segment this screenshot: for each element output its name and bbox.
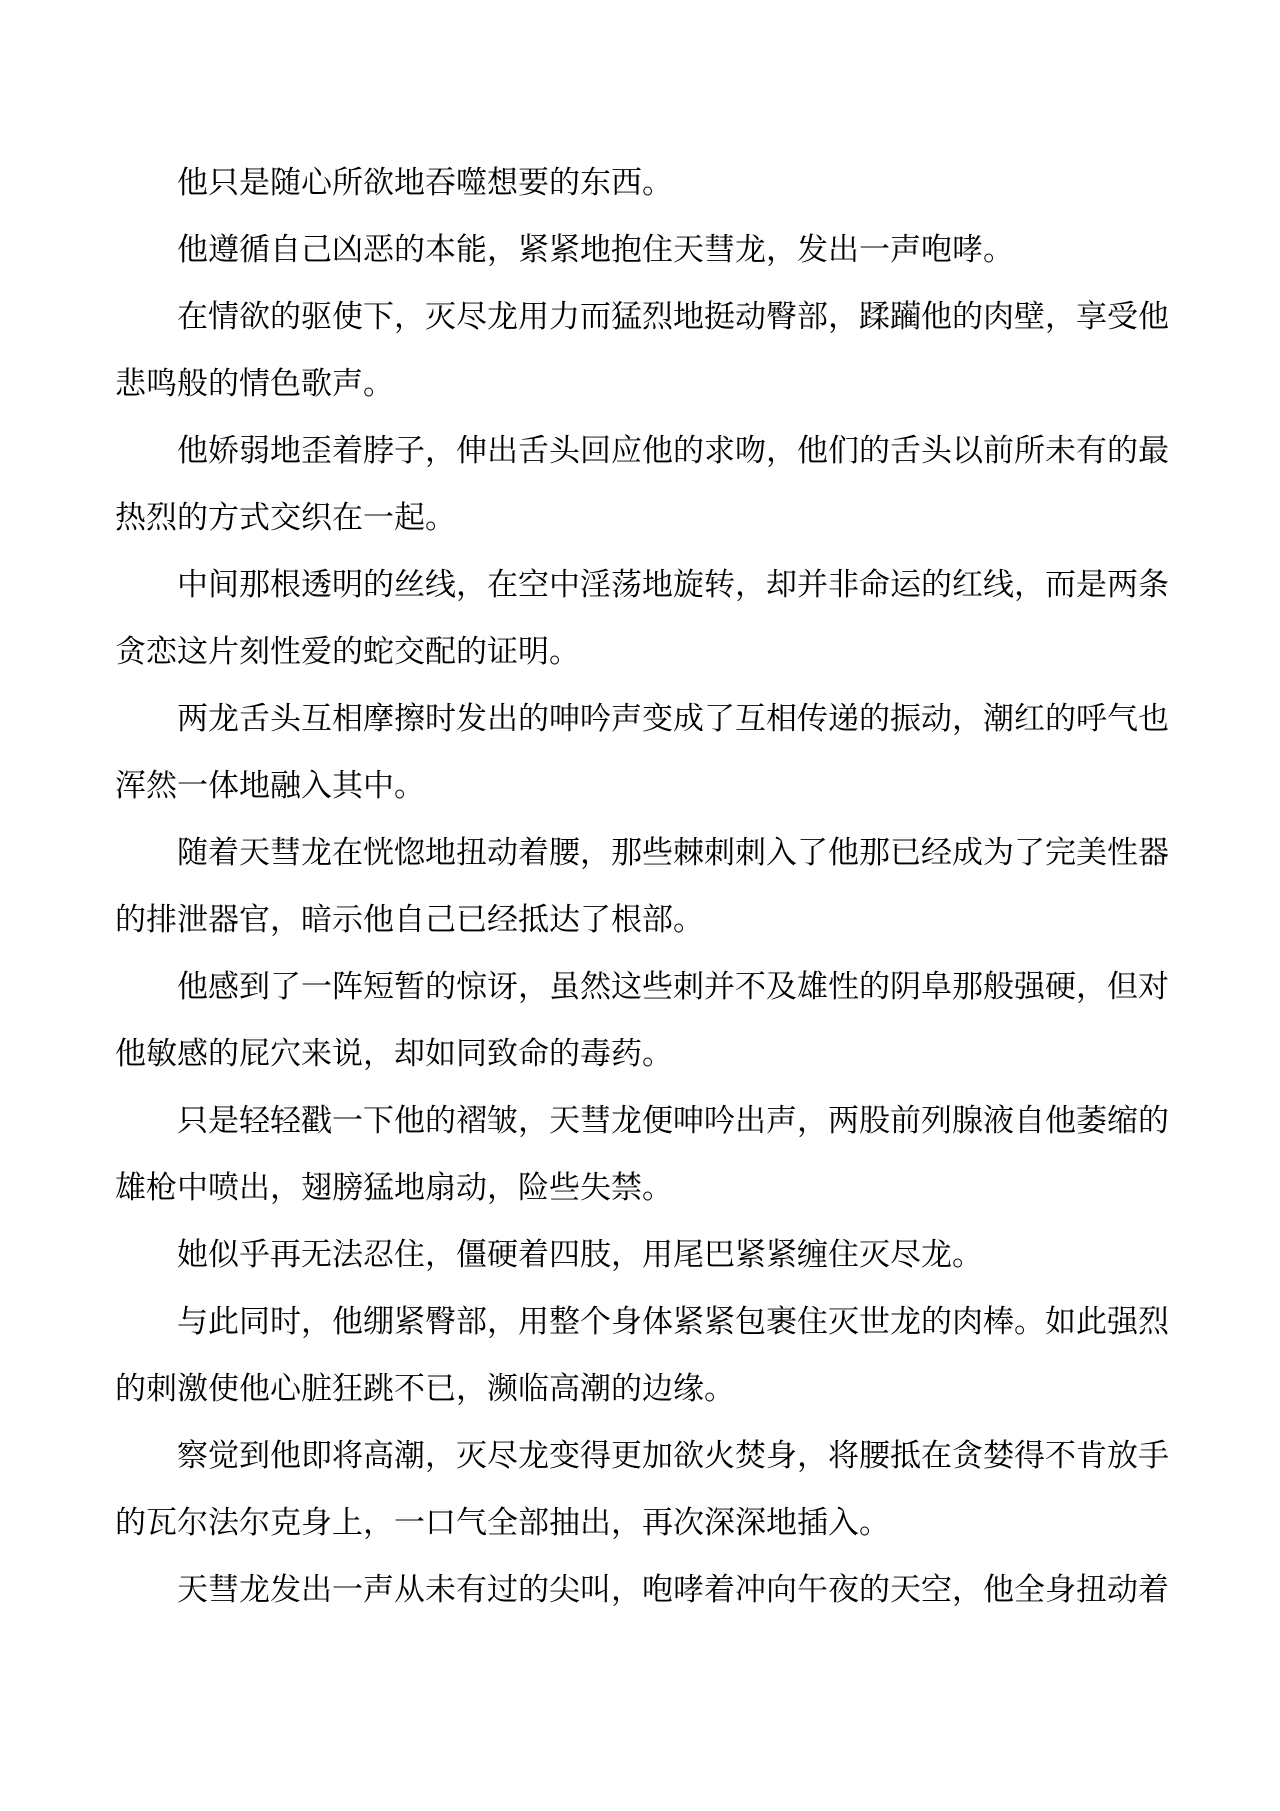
text-block: 他只是随心所欲地吞噬想要的东西。 他遵循自己凶恶的本能，紧紧地抱住天彗龙，发出一… (115, 149, 1169, 1623)
paragraph: 随着天彗龙在恍惚地扭动着腰，那些棘刺刺入了他那已经成为了完美性器的排泄器官，暗示… (115, 819, 1169, 953)
document-page: 他只是随心所欲地吞噬想要的东西。 他遵循自己凶恶的本能，紧紧地抱住天彗龙，发出一… (0, 0, 1280, 1811)
paragraph: 他只是随心所欲地吞噬想要的东西。 (115, 149, 1169, 216)
paragraph: 与此同时，他绷紧臀部，用整个身体紧紧包裹住灭世龙的肉棒。如此强烈的刺激使他心脏狂… (115, 1288, 1169, 1422)
paragraph: 他遵循自己凶恶的本能，紧紧地抱住天彗龙，发出一声咆哮。 (115, 216, 1169, 283)
paragraph: 察觉到他即将高潮，灭尽龙变得更加欲火焚身，将腰抵在贪婪得不肯放手的瓦尔法尔克身上… (115, 1422, 1169, 1556)
paragraph: 他感到了一阵短暂的惊讶，虽然这些刺并不及雄性的阴阜那般强硬，但对他敏感的屁穴来说… (115, 953, 1169, 1087)
paragraph: 天彗龙发出一声从未有过的尖叫，咆哮着冲向午夜的天空，他全身扭动着 (115, 1556, 1169, 1623)
paragraph: 只是轻轻戳一下他的褶皱，天彗龙便呻吟出声，两股前列腺液自他萎缩的雄枪中喷出，翅膀… (115, 1087, 1169, 1221)
paragraph: 她似乎再无法忍住，僵硬着四肢，用尾巴紧紧缠住灭尽龙。 (115, 1221, 1169, 1288)
paragraph: 在情欲的驱使下，灭尽龙用力而猛烈地挺动臀部，蹂躏他的肉壁，享受他悲鸣般的情色歌声… (115, 283, 1169, 417)
paragraph: 两龙舌头互相摩擦时发出的呻吟声变成了互相传递的振动，潮红的呼气也浑然一体地融入其… (115, 685, 1169, 819)
paragraph: 他娇弱地歪着脖子，伸出舌头回应他的求吻，他们的舌头以前所未有的最热烈的方式交织在… (115, 417, 1169, 551)
paragraph: 中间那根透明的丝线，在空中淫荡地旋转，却并非命运的红线，而是两条贪恋这片刻性爱的… (115, 551, 1169, 685)
